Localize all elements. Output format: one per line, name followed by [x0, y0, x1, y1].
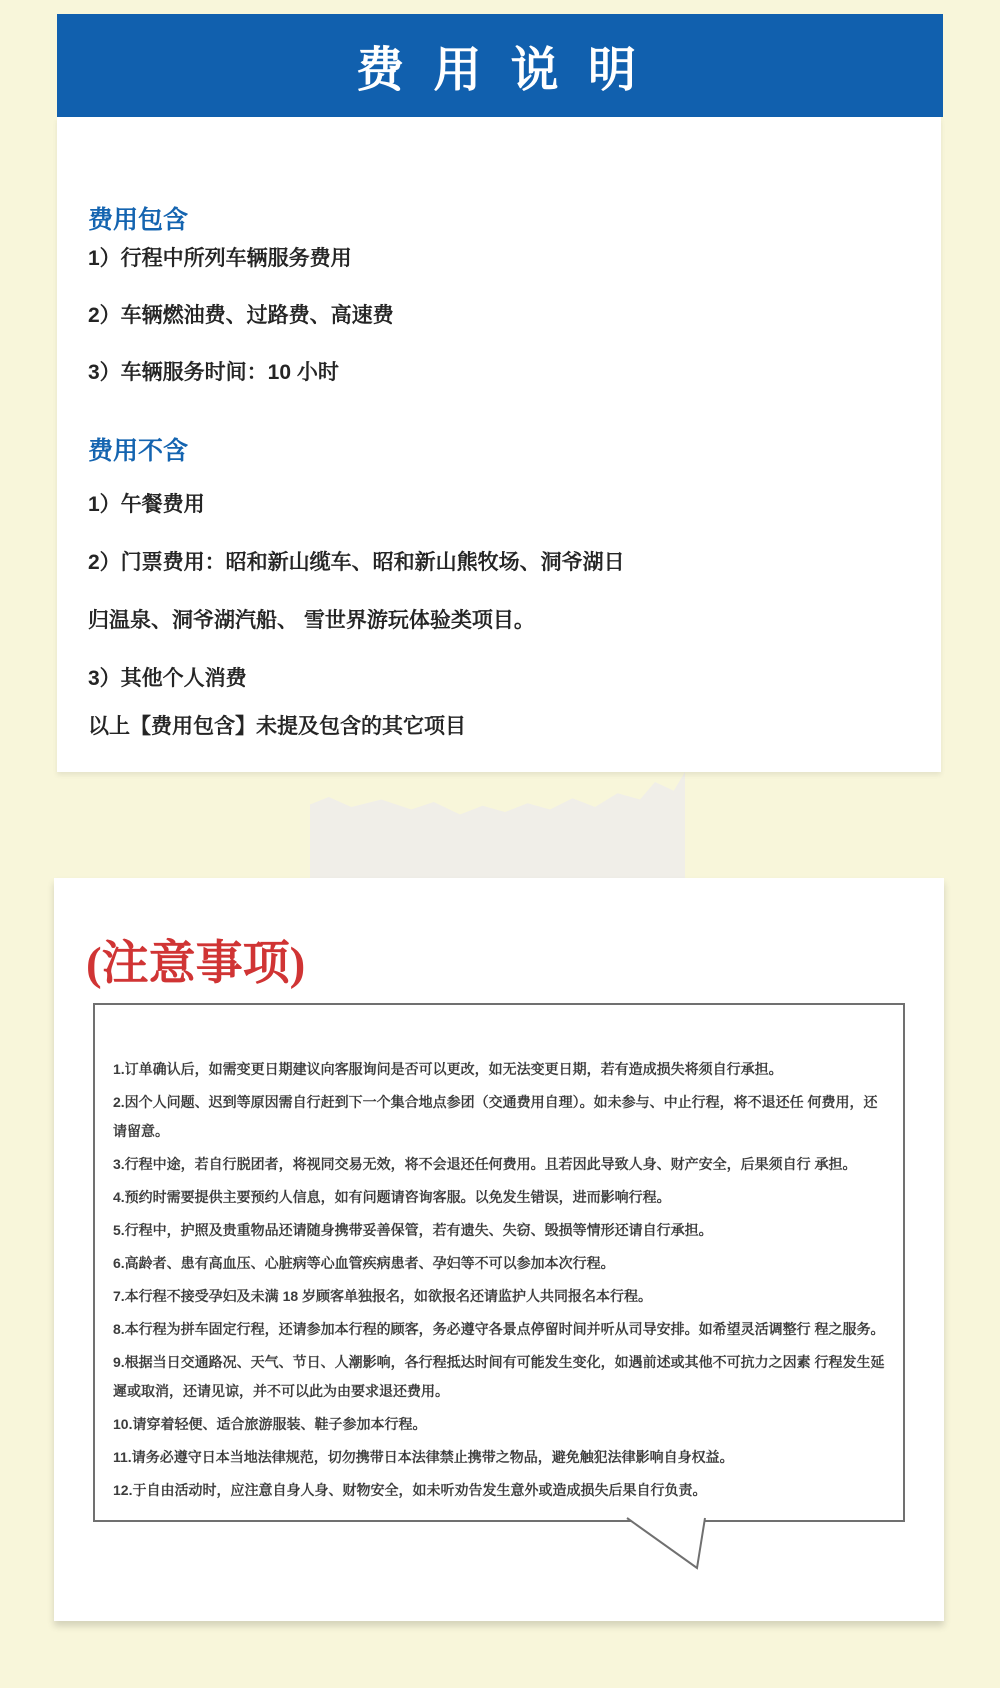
torn-paper-decoration — [310, 757, 685, 882]
notice-item: 5.行程中，护照及贵重物品还请随身携带妥善保管，若有遗失、失窃、毁损等情形还请自… — [113, 1216, 887, 1245]
notice-item: 4.预约时需要提供主要预约人信息，如有问题请咨询客服。以免发生错误，进而影响行程… — [113, 1183, 887, 1212]
notice-list: 1.订单确认后，如需变更日期建议向客服询问是否可以更改，如无法变更日期，若有造成… — [95, 1005, 903, 1505]
notice-speech-bubble: 1.订单确认后，如需变更日期建议向客服询问是否可以更改，如无法变更日期，若有造成… — [93, 1003, 905, 1522]
notice-item: 8.本行程为拼车固定行程，还请参加本行程的顾客，务必遵守各景点停留时间并听从司导… — [113, 1315, 887, 1344]
fees-included-heading: 费用包含 — [88, 200, 188, 236]
fee-description-banner: 费 用 说 明 — [57, 14, 943, 117]
page-title: 费 用 说 明 — [356, 31, 644, 100]
fee-excluded-item: 2）门票费用：昭和新山缆车、昭和新山熊牧场、洞爷湖日 — [88, 546, 625, 576]
notice-item: 1.订单确认后，如需变更日期建议向客服询问是否可以更改，如无法变更日期，若有造成… — [113, 1055, 887, 1084]
notice-item: 2.因个人问题、迟到等原因需自行赶到下一个集合地点参团（交通费用自理）。如未参与… — [113, 1088, 887, 1146]
fee-included-item: 1）行程中所列车辆服务费用 — [88, 242, 352, 272]
fee-included-item: 3）车辆服务时间：10 小时 — [88, 356, 339, 386]
notice-title: (注意事项) — [86, 926, 305, 993]
fees-excluded-heading: 费用不含 — [88, 431, 188, 467]
speech-bubble-tail — [627, 1517, 707, 1573]
fee-excluded-item: 1）午餐费用 — [88, 488, 205, 518]
fee-card: 费用包含 1）行程中所列车辆服务费用 2）车辆燃油费、过路费、高速费 3）车辆服… — [57, 117, 941, 772]
notice-item: 11.请务必遵守日本当地法律规范，切勿携带日本法律禁止携带之物品，避免触犯法律影… — [113, 1443, 887, 1472]
notice-item: 12.于自由活动时，应注意自身人身、财物安全，如未听劝告发生意外或造成损失后果自… — [113, 1476, 887, 1505]
notice-item: 9.根据当日交通路况、天气、节日、人潮影响，各行程抵达时间有可能发生变化，如遇前… — [113, 1348, 887, 1406]
notice-item: 3.行程中途，若自行脱团者，将视同交易无效，将不会退还任何费用。且若因此导致人身… — [113, 1150, 887, 1179]
fee-excluded-item: 3）其他个人消费 — [88, 662, 247, 692]
fee-included-item: 2）车辆燃油费、过路费、高速费 — [88, 299, 394, 329]
notice-card: (注意事项) 1.订单确认后，如需变更日期建议向客服询问是否可以更改，如无法变更… — [54, 878, 944, 1621]
notice-item: 7.本行程不接受孕妇及未满 18 岁顾客单独报名，如欲报名还请监护人共同报名本行… — [113, 1282, 887, 1311]
notice-item: 6.高龄者、患有高血压、心脏病等心血管疾病患者、孕妇等不可以参加本次行程。 — [113, 1249, 887, 1278]
fee-excluded-item: 归温泉、洞爷湖汽船、 雪世界游玩体验类项目。 — [88, 604, 535, 634]
fee-excluded-note: 以上【费用包含】未提及包含的其它项目 — [88, 710, 466, 740]
notice-item: 10.请穿着轻便、适合旅游服装、鞋子参加本行程。 — [113, 1410, 887, 1439]
